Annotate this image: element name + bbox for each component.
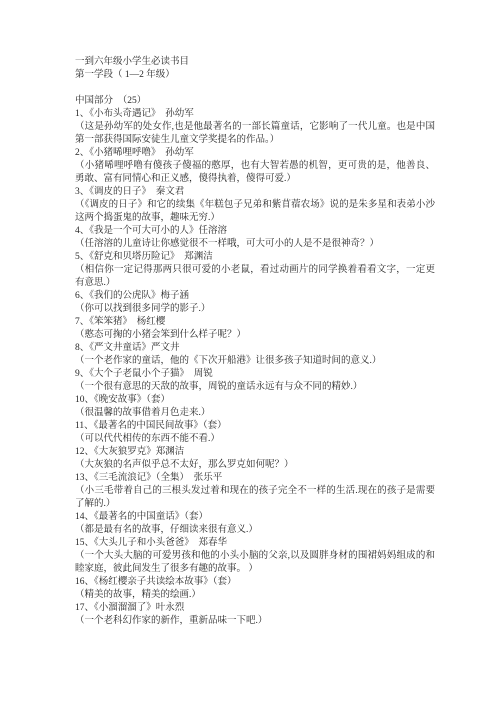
book-entry-heading: 5、《舒克和贝塔历险记》 郑渊洁	[75, 251, 435, 264]
book-entry: 10、《晚安故事》（套） （很温馨的故事借着月色走来.）	[75, 394, 435, 420]
book-entry-note: （大灰狼的名声似乎总不太好，那么罗克如何呢？）	[75, 459, 435, 472]
book-entry: 17、《小溜溜溜了》叶永烈 （一个老科幻作家的新作，重新品味一下吧.）	[75, 602, 435, 628]
book-entry-heading: 14、《最著名的中国童话》（套）	[75, 511, 435, 524]
book-entry-note: （一个老科幻作家的新作，重新品味一下吧.）	[75, 615, 435, 628]
book-entry-heading: 6、《我们的公虎队》梅子涵	[75, 290, 435, 303]
book-entry-heading: 9、《大个子老鼠小个子猫》 周锐	[75, 368, 435, 381]
book-entry: 11、《最著名的中国民间故事》（套） （可以代代相传的东西不能不看.）	[75, 420, 435, 446]
book-entry-note: （任溶溶的儿童诗让你感觉很不一样哦，可大可小的人是不是很神奇？）	[75, 238, 435, 251]
section-heading: 中国部分 （25）	[75, 95, 435, 108]
book-entry-heading: 8、《严文井童话》严文井	[75, 342, 435, 355]
book-entry-heading: 16、《杨红樱亲子共读绘本故事》（套）	[75, 576, 435, 589]
book-entry-heading: 3、《调皮的日子》 秦文君	[75, 186, 435, 199]
book-entry: 14、《最著名的中国童话》（套） （都是最有名的故事，仔细读来很有意义.）	[75, 511, 435, 537]
book-entry-note: （你可以找到很多同学的影子.）	[75, 303, 435, 316]
book-entry: 12、《大灰狼罗克》郑渊洁 （大灰狼的名声似乎总不太好，那么罗克如何呢？）	[75, 446, 435, 472]
book-entry: 16、《杨红樱亲子共读绘本故事》（套） （精美的故事，精美的绘画.）	[75, 576, 435, 602]
book-entry-note: （《调皮的日子》和它的续集《年糕包子兄弟和紫苜蓿农场》说的是朱多星和表弟小沙这两…	[75, 199, 435, 225]
book-entry-note: （精美的故事，精美的绘画.）	[75, 589, 435, 602]
book-entry-heading: 12、《大灰狼罗克》郑渊洁	[75, 446, 435, 459]
book-entry-note: （憨态可掬的小猪会笨到什么样子呢？）	[75, 329, 435, 342]
book-entry-heading: 10、《晚安故事》（套）	[75, 394, 435, 407]
book-entry-heading: 1、《小布头奇遇记》 孙幼军	[75, 108, 435, 121]
book-entry: 6、《我们的公虎队》梅子涵 （你可以找到很多同学的影子.）	[75, 290, 435, 316]
doc-title: 一到六年级小学生必读书目	[75, 56, 435, 69]
book-entry: 2、《小猪唏哩呼噜》 孙幼军 （小猪唏哩呼噜有傻孩子傻福的憨厚，也有大智若愚的机…	[75, 147, 435, 186]
book-entry-note: （这是孙幼军的处女作,也是他最著名的一部长篇童话，它影响了一代儿童。也是中国第一…	[75, 121, 435, 147]
book-entry-note: （一个很有意思的天敌的故事，周锐的童话永远有与众不同的精妙.）	[75, 381, 435, 394]
book-entry: 13、《三毛流浪记》（全集） 张乐平 （小三毛带着自己的三根头发过着和现在的孩子…	[75, 472, 435, 511]
book-entry: 7、《笨笨猪》 杨红樱 （憨态可掬的小猪会笨到什么样子呢？）	[75, 316, 435, 342]
book-entry: 4、《我是一个可大可小的人》任溶溶 （任溶溶的儿童诗让你感觉很不一样哦，可大可小…	[75, 225, 435, 251]
book-entry-note: （相信你一定记得那两只很可爱的小老鼠，看过动画片的同学换着看看文字，一定更有意思…	[75, 264, 435, 290]
book-entry: 5、《舒克和贝塔历险记》 郑渊洁 （相信你一定记得那两只很可爱的小老鼠，看过动画…	[75, 251, 435, 290]
book-entry-note: （都是最有名的故事，仔细读来很有意义.）	[75, 524, 435, 537]
book-entry: 9、《大个子老鼠小个子猫》 周锐 （一个很有意思的天敌的故事，周锐的童话永远有与…	[75, 368, 435, 394]
document-content: 一到六年级小学生必读书目 第一学段（ 1—2 年级） 中国部分 （25） 1、《…	[75, 56, 435, 628]
book-entry-heading: 15、《大头儿子和小头爸爸》 郑春华	[75, 537, 435, 550]
book-entry: 15、《大头儿子和小头爸爸》 郑春华 （一个大头大脑的可爱男孩和他的小头小脑的父…	[75, 537, 435, 576]
book-entry-note: （小猪唏哩呼噜有傻孩子傻福的憨厚，也有大智若愚的机智，更可贵的是，他善良、勇敢、…	[75, 160, 435, 186]
book-entry-note: （小三毛带着自己的三根头发过着和现在的孩子完全不一样的生活.现在的孩子是需要了解…	[75, 485, 435, 511]
book-entry-heading: 2、《小猪唏哩呼噜》 孙幼军	[75, 147, 435, 160]
book-entry-heading: 17、《小溜溜溜了》叶永烈	[75, 602, 435, 615]
book-entry-heading: 11、《最著名的中国民间故事》（套）	[75, 420, 435, 433]
doc-stage-subtitle: 第一学段（ 1—2 年级）	[75, 69, 435, 82]
book-entry-heading: 4、《我是一个可大可小的人》任溶溶	[75, 225, 435, 238]
book-entry: 3、《调皮的日子》 秦文君 （《调皮的日子》和它的续集《年糕包子兄弟和紫苜蓿农场…	[75, 186, 435, 225]
book-entry-heading: 13、《三毛流浪记》（全集） 张乐平	[75, 472, 435, 485]
book-entry: 8、《严文井童话》严文井 （一个老作家的童话，他的《下次开船港》让很多孩子知道时…	[75, 342, 435, 368]
book-entry-note: （一个大头大脑的可爱男孩和他的小头小脑的父亲,以及圆胖身材的围裙妈妈组成的和睦家…	[75, 550, 435, 576]
document-page: 一到六年级小学生必读书目 第一学段（ 1—2 年级） 中国部分 （25） 1、《…	[0, 0, 496, 702]
book-entry-note: （一个老作家的童话，他的《下次开船港》让很多孩子知道时间的意义.）	[75, 355, 435, 368]
book-entry-note: （很温馨的故事借着月色走来.）	[75, 407, 435, 420]
blank-line	[75, 82, 435, 95]
book-entry-note: （可以代代相传的东西不能不看.）	[75, 433, 435, 446]
book-entry-heading: 7、《笨笨猪》 杨红樱	[75, 316, 435, 329]
book-entry: 1、《小布头奇遇记》 孙幼军 （这是孙幼军的处女作,也是他最著名的一部长篇童话，…	[75, 108, 435, 147]
